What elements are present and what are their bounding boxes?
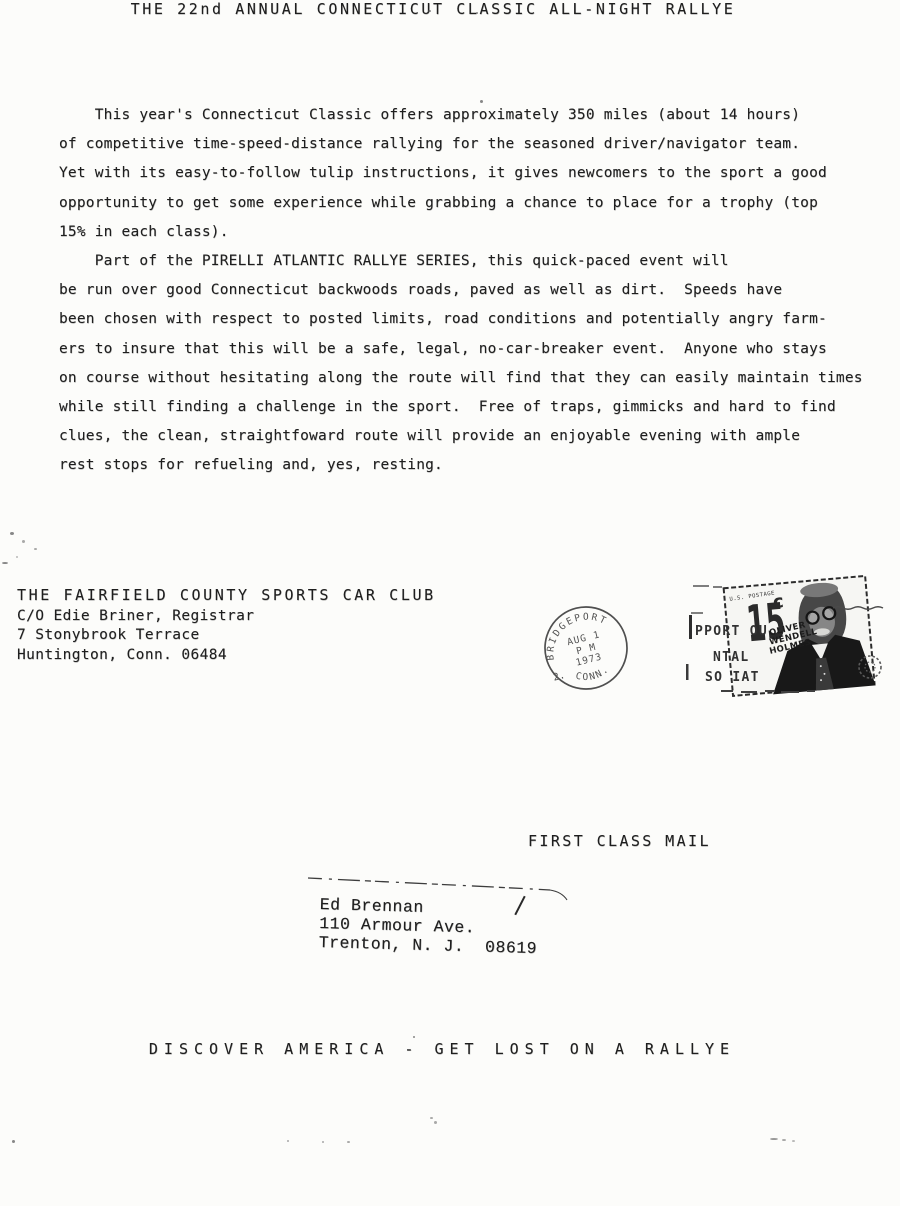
scan-speck [770,1138,778,1140]
scan-speck [434,1121,437,1124]
scan-speck [782,1139,786,1141]
postmark: BRIDGEPORT CONN. AUG 1 P M 1973 2. [538,600,638,700]
scan-speck [430,1117,433,1119]
series-paragraph: Part of the PIRELLI ATLANTIC RALLYE SERI… [59,247,863,481]
scan-speck [347,1141,350,1143]
scan-speck [2,562,8,564]
recipient-address: Ed Brennan 110 Armour Ave. Trenton, N. J… [318,896,538,958]
cancel-fragment: NTAL [713,650,750,665]
sender-organization: THE FAIRFIELD COUNTY SPORTS CAR CLUB [17,586,436,604]
scan-speck [480,100,483,103]
cancel-fragment: PPORT OU [695,624,768,639]
scan-speck [16,556,18,558]
postage-stamp: U.S. POSTAGE 15 c OLIVER [683,570,900,712]
intro-paragraph: This year's Connecticut Classic offers a… [59,101,827,247]
cancel-bar [689,615,692,639]
cancel-dash-line [693,586,722,587]
glasses-right-lens [823,607,836,620]
scan-speck [12,1140,15,1143]
scanned-letter-page: THE 22nd ANNUAL CONNECTICUT CLASSIC ALL-… [0,0,900,1206]
sender-address: C/O Edie Briner, Registrar 7 Stonybrook … [17,607,254,665]
scan-speck [22,540,25,543]
scan-speck [428,10,431,12]
scan-speck [10,532,14,535]
first-class-mail-label: FIRST CLASS MAIL [528,832,711,850]
scan-speck [287,1140,289,1142]
scan-speck [413,1036,415,1038]
stamp-cent-mark: c [772,591,784,613]
edge-hook [550,890,567,900]
page-title: THE 22nd ANNUAL CONNECTICUT CLASSIC ALL-… [0,0,866,18]
postmark-killer-number: 2. [552,670,566,684]
scan-speck [792,1140,795,1142]
scan-speck [322,1141,324,1143]
scan-speck [34,548,37,550]
glasses-left-lens [806,611,819,624]
dashed-edge [308,878,550,890]
footer-slogan: DISCOVER AMERICA - GET LOST ON A RALLYE [0,1040,884,1058]
scan-speck [476,12,478,14]
cancel-fragment: SO IAT [705,670,760,685]
cancel-bar [686,664,689,680]
